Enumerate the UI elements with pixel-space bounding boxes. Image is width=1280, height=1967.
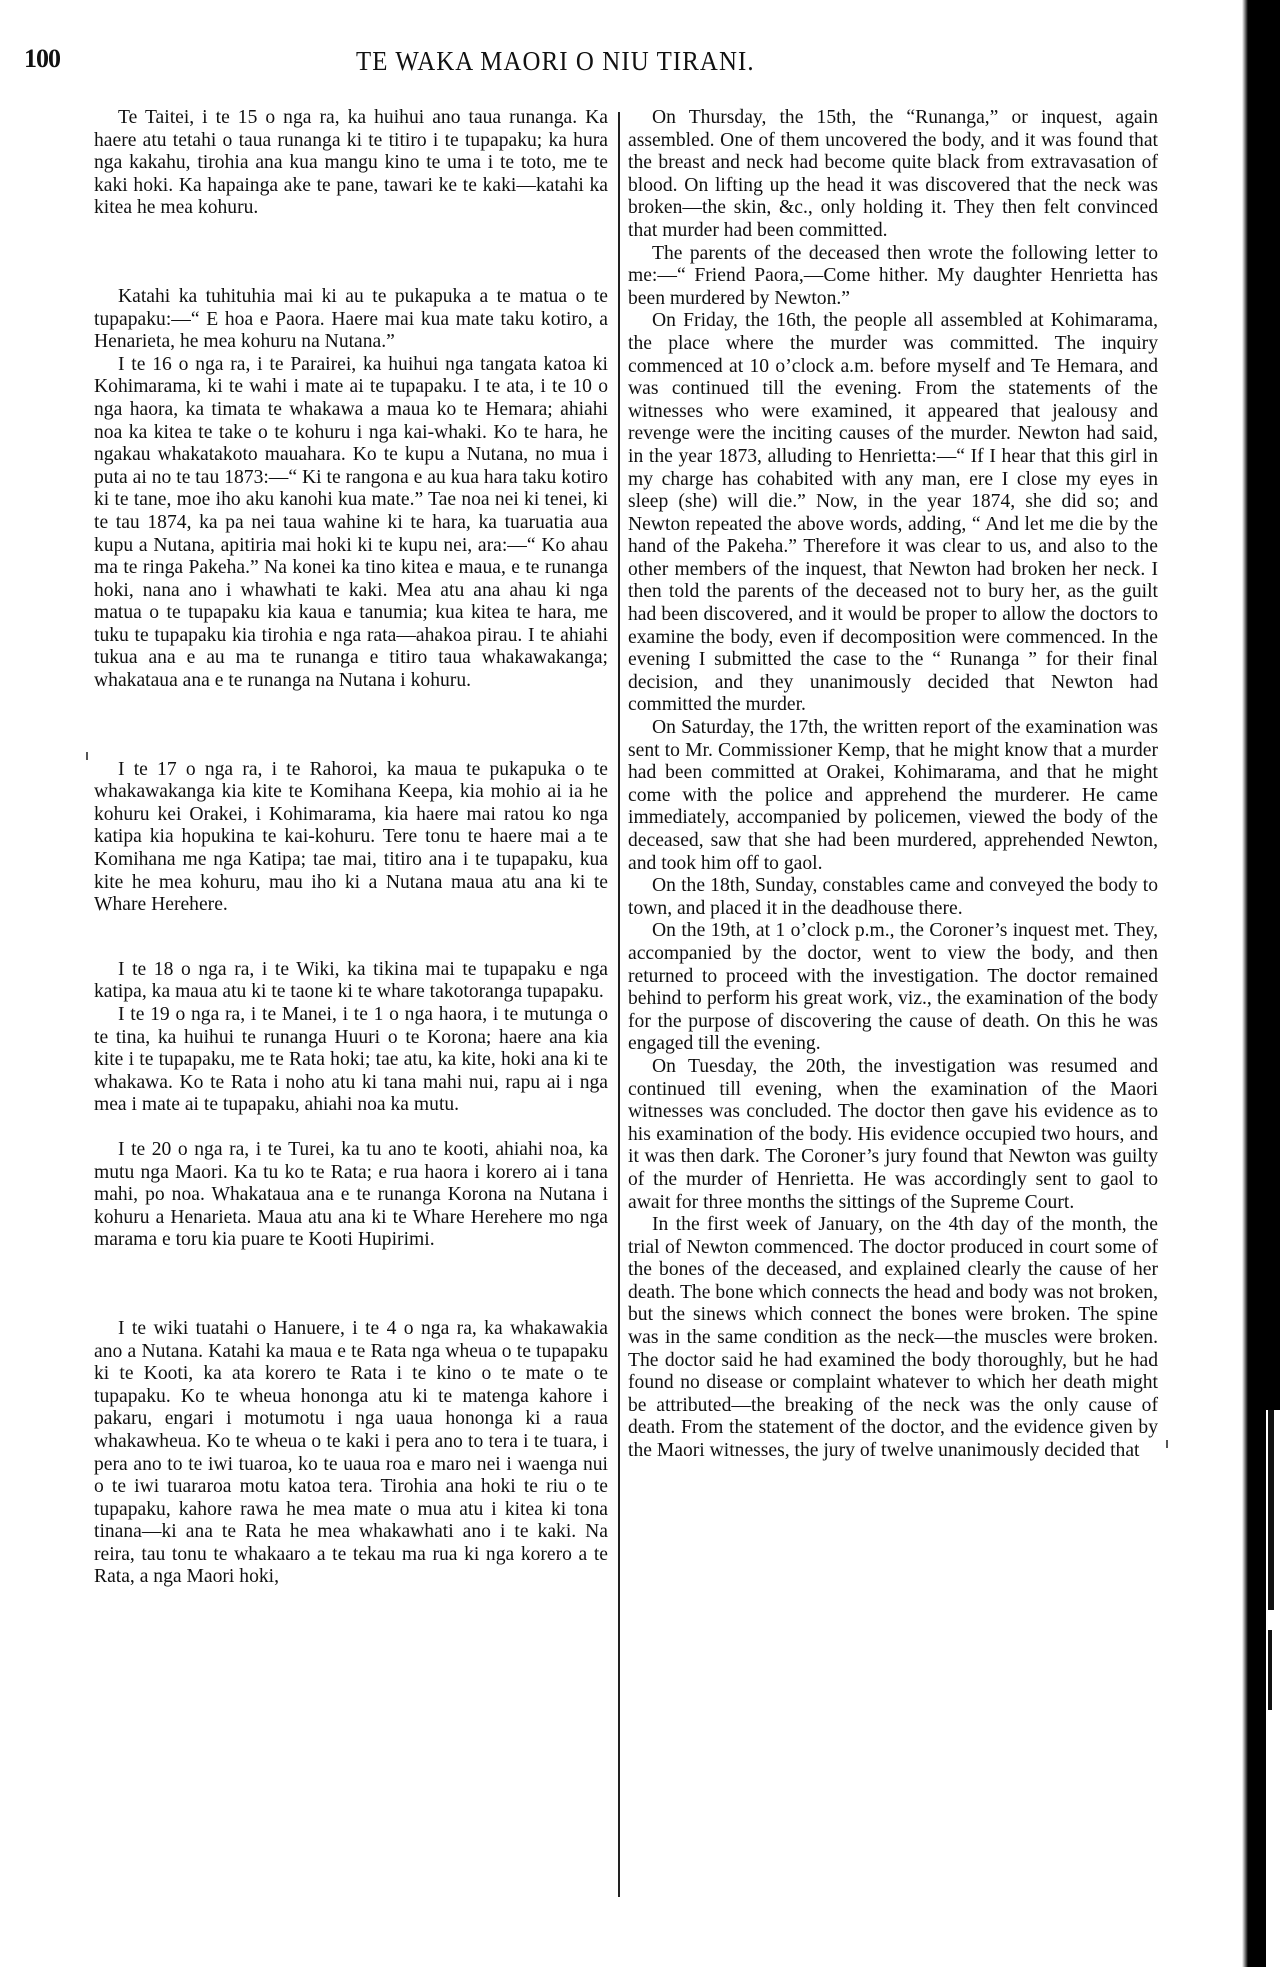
paragraph: On the 19th, at 1 o’clock p.m., the Coro… — [628, 920, 1158, 1056]
paragraph: In the first week of January, on the 4th… — [628, 1214, 1158, 1463]
paragraph: The parents of the deceased then wrote t… — [628, 243, 1158, 311]
paragraph: On Friday, the 16th, the people all asse… — [628, 310, 1158, 717]
page-number: 100 — [24, 44, 60, 74]
paragraph: Katahi ka tuhituhia mai ki au te pukapuk… — [94, 286, 608, 354]
paragraph: I te 16 o nga ra, i te Parairei, ka huih… — [94, 354, 608, 693]
page-header: 100 TE WAKA MAORI O NIU TIRANI. — [24, 44, 1144, 84]
paragraph: I te wiki tuatahi o Hanuere, i te 4 o ng… — [94, 1318, 608, 1589]
english-column: On Thursday, the 15th, the “Runanga,” or… — [628, 107, 1158, 1463]
paragraph: On Thursday, the 15th, the “Runanga,” or… — [628, 107, 1158, 243]
paragraph: I te 18 o nga ra, i te Wiki, ka tikina m… — [94, 959, 608, 1004]
paragraph: I te 20 o nga ra, i te Turei, ka tu ano … — [94, 1139, 608, 1252]
paragraph: I te 19 o nga ra, i te Manei, i te 1 o n… — [94, 1004, 608, 1117]
paragraph: On the 18th, Sunday, constables came and… — [628, 875, 1158, 920]
running-title: TE WAKA MAORI O NIU TIRANI. — [356, 46, 755, 77]
paragraph: On Tuesday, the 20th, the investigation … — [628, 1056, 1158, 1214]
ink-mark — [1268, 1410, 1274, 1610]
paragraph: I te 17 o nga ra, i te Rahoroi, ka maua … — [94, 759, 608, 917]
stray-mark — [1166, 1440, 1168, 1448]
stray-mark — [86, 752, 88, 760]
maori-column: Te Taitei, i te 15 o nga ra, ka huihui a… — [94, 107, 608, 1589]
ink-mark — [1268, 1630, 1272, 1710]
paragraph: On Saturday, the 17th, the written repor… — [628, 717, 1158, 875]
paragraph: Te Taitei, i te 15 o nga ra, ka huihui a… — [94, 107, 608, 220]
page-binding-edge — [1266, 1410, 1280, 1967]
column-divider — [618, 112, 620, 1897]
